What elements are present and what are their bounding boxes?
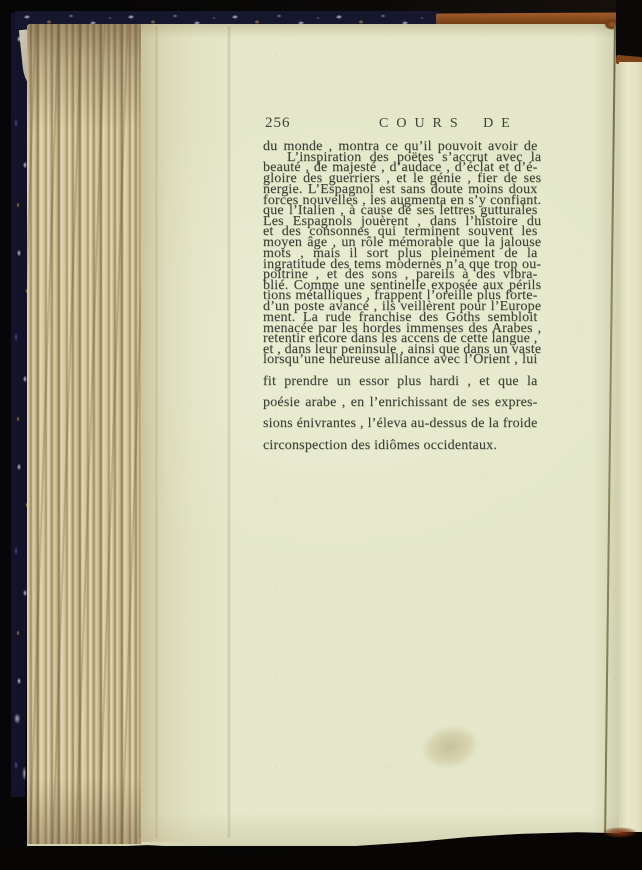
text-line: et , dans leur peninsule , ainsi que dan… bbox=[263, 339, 541, 360]
paragraph: L’inspiration des poëtes s’accrut avec l… bbox=[263, 147, 541, 360]
text-line: fit prendre un essor plus hardi , et que… bbox=[263, 371, 538, 392]
text-line: d’un poste avancé , ils veillèrent pour … bbox=[263, 296, 541, 317]
text-line: forces nouvelles , les augmenta en s’y c… bbox=[263, 190, 541, 211]
page-crease bbox=[155, 26, 158, 838]
page-crease bbox=[227, 26, 231, 838]
cover-edge-smudge bbox=[602, 827, 638, 838]
page-header: 256 COURS DE bbox=[263, 115, 577, 137]
text-line: ingratitude des tems modernes n’a que tr… bbox=[263, 254, 541, 275]
text-line: poésie arabe , en l’enrichissant de ses … bbox=[263, 392, 538, 413]
text-line: moyen âge , un rôle mémorable que la jal… bbox=[263, 232, 541, 253]
page-crease bbox=[138, 26, 141, 838]
text-line: menacée par les hordes immenses des Arab… bbox=[263, 318, 541, 339]
background-corner-top-right bbox=[616, 0, 642, 62]
text-line: blié. Comme une sentinelle exposée aux p… bbox=[263, 275, 541, 296]
book-photo: 256 COURS DE du monde , montra ce qu’il … bbox=[0, 0, 642, 870]
text-line: sions énivrantes , l’éleva au-dessus de … bbox=[263, 413, 538, 434]
facing-page-edge bbox=[619, 62, 642, 832]
text-line: circonspection des idiômes occidentaux. bbox=[263, 435, 538, 456]
page-number: 256 bbox=[265, 115, 291, 132]
text-line: L’inspiration des poëtes s’accrut avec l… bbox=[263, 147, 541, 168]
running-title: COURS DE bbox=[379, 116, 518, 132]
text-line: Les Espagnols jouèrent , dans l’histoire… bbox=[263, 211, 541, 232]
page-stack-fore-edges bbox=[27, 24, 141, 844]
text-line: gloire des guerriers , et le génie , fie… bbox=[263, 168, 541, 189]
